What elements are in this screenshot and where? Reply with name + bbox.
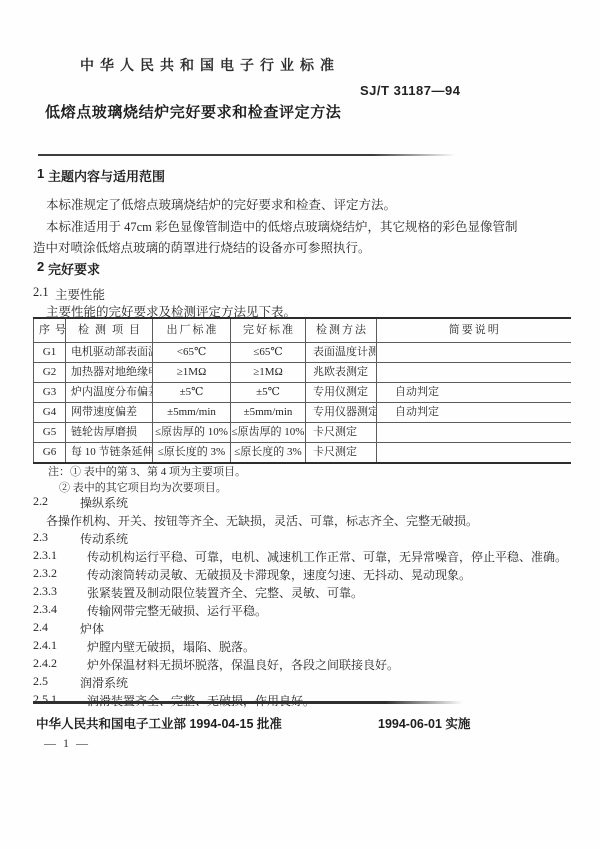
table-cell: G5	[34, 423, 66, 443]
table-cell: ±5℃	[153, 383, 231, 403]
clause-number: 2.5	[33, 674, 80, 691]
footer-rule-line	[33, 701, 463, 704]
table-cell: 加热器对地绝缘电阻	[66, 363, 153, 383]
clause-text: 润滑系统	[80, 674, 128, 691]
table-header-row: 序号 检测项目 出厂标准 完好标准 检测方法 简要说明	[34, 318, 571, 343]
section-2-number: 2	[37, 259, 48, 278]
clause-2-4-1: 2.4.1 炉膛内壁无破损，塌陷、脱落。	[33, 638, 255, 655]
clause-number: 2.4.2	[33, 656, 87, 673]
clause-text: 操纵系统	[80, 494, 128, 511]
implementation-date: 1994-06-01 实施	[378, 714, 470, 732]
clause-text: 各操作机构、开关、按钮等齐全、无缺损，灵活、可靠，标志齐全、完整无破损。	[46, 512, 478, 529]
clause-2-2: 2.2 操纵系统	[33, 494, 128, 511]
clause-text: 传输网带完整无破损、运行平稳。	[87, 602, 267, 619]
table-cell: G4	[34, 403, 66, 423]
standard-name: 中华人民共和国电子行业标准	[80, 55, 340, 75]
table-cell: G1	[34, 343, 66, 363]
table-cell: 专用仪测定	[306, 383, 377, 403]
table-cell: ≤原齿厚的 10%	[231, 423, 306, 443]
note-1-text: ① 表中的第 3、第 4 项为主要项目。	[70, 463, 246, 479]
clause-text: 炉体	[80, 620, 104, 637]
table-cell	[377, 363, 571, 383]
table-cell: 电机驱动部表面温度	[66, 343, 153, 363]
table-cell	[377, 343, 571, 363]
approval-statement: 中华人民共和国电子工业部 1994-04-15 批准	[36, 714, 282, 732]
table-cell: G6	[34, 443, 66, 464]
table-header-cell: 出厂标准	[153, 318, 231, 343]
table-cell: 专用仪器测定	[306, 403, 377, 423]
table-note-1: 注： ① 表中的第 3、第 4 项为主要项目。	[48, 463, 246, 479]
header-rule-line	[38, 154, 456, 156]
table-row: G6 每 10 节链条延伸量 ≤原长度的 3% ≤原长度的 3% 卡尺测定	[34, 443, 571, 464]
clause-2-3-2: 2.3.2 传动滚筒转动灵敏、无破损及卡滞现象，速度匀速、无抖动、晃动现象。	[33, 566, 471, 583]
table-header-cell: 检测项目	[66, 318, 153, 343]
page-number: — 1 —	[44, 736, 90, 751]
section-2-title: 完好要求	[48, 259, 100, 278]
clause-2-5: 2.5 润滑系统	[33, 674, 128, 691]
section-1-heading: 1 主题内容与适用范围	[37, 166, 165, 185]
note-label: 注：	[48, 463, 70, 479]
table-cell: 炉内温度分布偏差	[66, 383, 153, 403]
table-cell: 表面温度计测	[306, 343, 377, 363]
performance-table: 序号 检测项目 出厂标准 完好标准 检测方法 简要说明 G1 电机驱动部表面温度…	[33, 317, 571, 464]
clause-text: 传动机构运行平稳、可靠，电机、减速机工作正常、可靠，无异常噪音，停止平稳、准确。	[87, 548, 567, 565]
section-1-paragraph-1: 本标准规定了低熔点玻璃烧结炉的完好要求和检查、评定方法。	[46, 195, 396, 213]
table-cell: G2	[34, 363, 66, 383]
clause-number: 2.3.2	[33, 566, 87, 583]
clause-2-4: 2.4 炉体	[33, 620, 104, 637]
standard-code: SJ/T 31187—94	[360, 83, 460, 98]
table-header-cell: 检测方法	[306, 318, 377, 343]
section-1-number: 1	[37, 166, 48, 185]
document-page: 中华人民共和国电子行业标准 SJ/T 31187—94 低熔点玻璃烧结炉完好要求…	[0, 0, 600, 849]
clause-text: 传动系统	[80, 530, 128, 547]
table-header-cell: 简要说明	[377, 318, 571, 343]
section-2-1-title: 主要性能	[55, 285, 105, 303]
table-row: G2 加热器对地绝缘电阻 ≥1MΩ ≥1MΩ 兆欧表测定	[34, 363, 571, 383]
table-note-2: ② 表中的其它项目均为次要项目。	[59, 479, 227, 495]
document-title: 低熔点玻璃烧结炉完好要求和检查评定方法	[45, 101, 341, 122]
clause-number: 2.3.4	[33, 602, 87, 619]
table-cell: G3	[34, 383, 66, 403]
clause-text: 炉膛内壁无破损，塌陷、脱落。	[87, 638, 255, 655]
table-header-cell: 完好标准	[231, 318, 306, 343]
section-2-heading: 2 完好要求	[37, 259, 100, 278]
section-2-1-heading: 2.1 主要性能	[33, 285, 105, 303]
table-cell: 链轮齿厚磨损	[66, 423, 153, 443]
table-row: G5 链轮齿厚磨损 ≤原齿厚的 10% ≤原齿厚的 10% 卡尺测定	[34, 423, 571, 443]
table-cell: 自动判定	[377, 403, 571, 423]
table-cell: 每 10 节链条延伸量	[66, 443, 153, 464]
note-2-text: ② 表中的其它项目均为次要项目。	[59, 479, 227, 495]
clause-2-2-body: 各操作机构、开关、按钮等齐全、无缺损，灵活、可靠，标志齐全、完整无破损。	[46, 512, 478, 529]
clause-number: 2.4	[33, 620, 80, 637]
table-cell: ±5mm/min	[231, 403, 306, 423]
clause-number: 2.3.1	[33, 548, 87, 565]
clause-number: 2.4.1	[33, 638, 87, 655]
table-cell	[377, 443, 571, 464]
clause-number: 2.3.3	[33, 584, 87, 601]
clause-2-3-4: 2.3.4 传输网带完整无破损、运行平稳。	[33, 602, 267, 619]
clause-text: 张紧装置及制动限位装置齐全、完整、灵敏、可靠。	[87, 584, 363, 601]
table-cell: ≥1MΩ	[231, 363, 306, 383]
table-cell: 网带速度偏差	[66, 403, 153, 423]
clause-2-3: 2.3 传动系统	[33, 530, 128, 547]
clause-2-3-3: 2.3.3 张紧装置及制动限位装置齐全、完整、灵敏、可靠。	[33, 584, 363, 601]
clause-text: 传动滚筒转动灵敏、无破损及卡滞现象，速度匀速、无抖动、晃动现象。	[87, 566, 471, 583]
table-cell: ≥1MΩ	[153, 363, 231, 383]
section-1-paragraph-2-line-1: 本标准适用于 47cm 彩色显像管制造中的低熔点玻璃烧结炉，其它规格的彩色显像管…	[46, 217, 518, 235]
section-1-title: 主题内容与适用范围	[48, 166, 165, 185]
table-row: G3 炉内温度分布偏差 ±5℃ ±5℃ 专用仪测定 自动判定	[34, 383, 571, 403]
section-1-paragraph-2-line-2: 造中对喷涂低熔点玻璃的荫罩进行烧结的设备亦可参照执行。	[33, 238, 371, 256]
clause-2-3-1: 2.3.1 传动机构运行平稳、可靠，电机、减速机工作正常、可靠，无异常噪音，停止…	[33, 548, 567, 565]
table-cell: <65℃	[153, 343, 231, 363]
table-cell: ±5mm/min	[153, 403, 231, 423]
table-cell: ±5℃	[231, 383, 306, 403]
clause-text: 炉外保温材料无损坏脱落，保温良好，各段之间联接良好。	[87, 656, 399, 673]
table-header-cell: 序号	[34, 318, 66, 343]
table-row: G4 网带速度偏差 ±5mm/min ±5mm/min 专用仪器测定 自动判定	[34, 403, 571, 423]
table-cell: ≤65℃	[231, 343, 306, 363]
table-cell: 自动判定	[377, 383, 571, 403]
table-cell: ≤原长度的 3%	[153, 443, 231, 464]
clause-2-4-2: 2.4.2 炉外保温材料无损坏脱落，保温良好，各段之间联接良好。	[33, 656, 399, 673]
table-cell: 卡尺测定	[306, 423, 377, 443]
clause-number: 2.3	[33, 530, 80, 547]
table-cell: 卡尺测定	[306, 443, 377, 464]
clause-number: 2.2	[33, 494, 80, 511]
section-2-1-number: 2.1	[33, 285, 55, 303]
table-cell: 兆欧表测定	[306, 363, 377, 383]
table-cell: ≤原长度的 3%	[231, 443, 306, 464]
table-cell: ≤原齿厚的 10%	[153, 423, 231, 443]
table-cell	[377, 423, 571, 443]
table-row: G1 电机驱动部表面温度 <65℃ ≤65℃ 表面温度计测	[34, 343, 571, 363]
